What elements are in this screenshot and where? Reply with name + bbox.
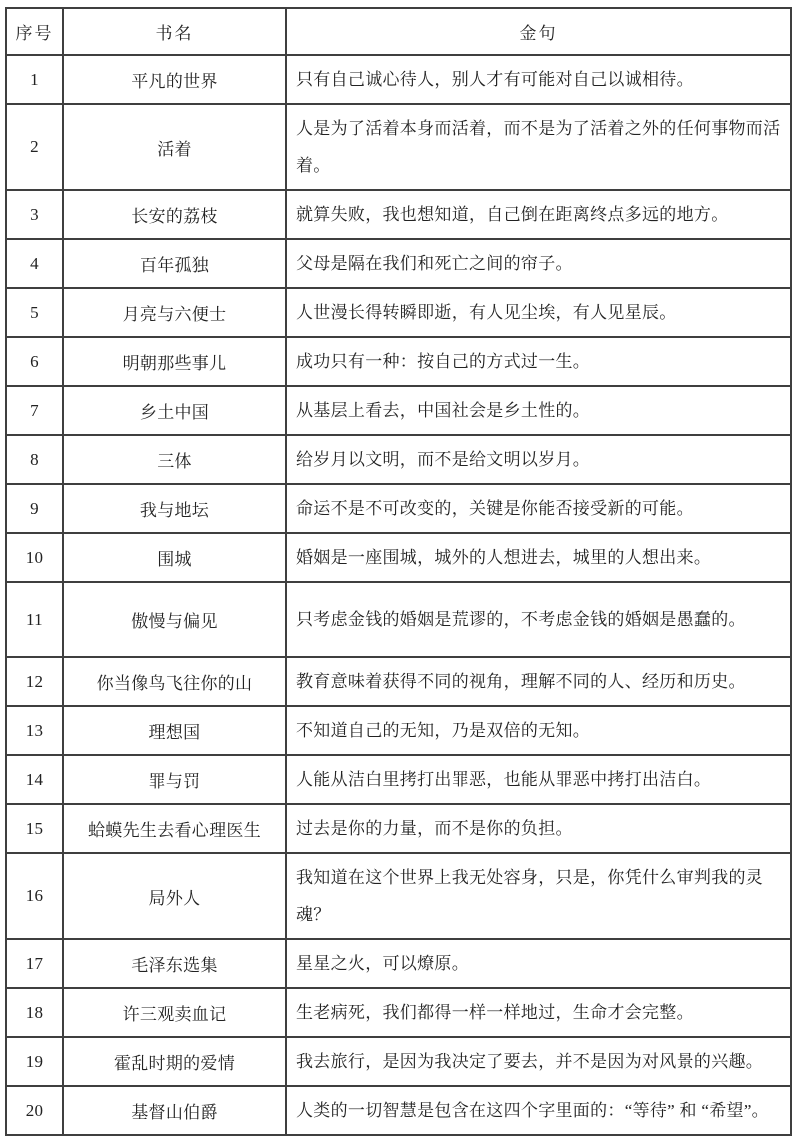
table-row: 17毛泽东选集星星之火，可以燎原。	[6, 939, 791, 988]
quote-cell: 只考虑金钱的婚姻是荒谬的，不考虑金钱的婚姻是愚蠢的。	[286, 582, 791, 657]
quote-cell: 只有自己诚心待人，别人才有可能对自己以诚相待。	[286, 55, 791, 104]
row-number-cell: 15	[6, 804, 63, 853]
row-number-cell: 12	[6, 657, 63, 706]
quote-cell: 婚姻是一座围城，城外的人想进去，城里的人想出来。	[286, 533, 791, 582]
table-row: 19霍乱时期的爱情我去旅行，是因为我决定了要去，并不是因为对风景的兴趣。	[6, 1037, 791, 1086]
row-number-cell: 17	[6, 939, 63, 988]
row-number-cell: 13	[6, 706, 63, 755]
row-number-cell: 6	[6, 337, 63, 386]
quote-cell: 人世漫长得转瞬即逝，有人见尘埃，有人见星辰。	[286, 288, 791, 337]
book-title-cell: 活着	[63, 104, 286, 190]
quote-cell: 给岁月以文明，而不是给文明以岁月。	[286, 435, 791, 484]
book-title-cell: 基督山伯爵	[63, 1086, 286, 1135]
table-row: 6明朝那些事儿成功只有一种：按自己的方式过一生。	[6, 337, 791, 386]
book-title-cell: 长安的荔枝	[63, 190, 286, 239]
table-row: 3长安的荔枝就算失败，我也想知道，自己倒在距离终点多远的地方。	[6, 190, 791, 239]
book-title-cell: 我与地坛	[63, 484, 286, 533]
quote-cell: 成功只有一种：按自己的方式过一生。	[286, 337, 791, 386]
row-number-cell: 16	[6, 853, 63, 939]
table-row: 14罪与罚人能从洁白里拷打出罪恶，也能从罪恶中拷打出洁白。	[6, 755, 791, 804]
header-cell-book-title: 书名	[63, 8, 286, 55]
quote-cell: 就算失败，我也想知道，自己倒在距离终点多远的地方。	[286, 190, 791, 239]
book-title-cell: 霍乱时期的爱情	[63, 1037, 286, 1086]
quote-cell: 人能从洁白里拷打出罪恶，也能从罪恶中拷打出洁白。	[286, 755, 791, 804]
row-number-cell: 20	[6, 1086, 63, 1135]
book-title-cell: 围城	[63, 533, 286, 582]
book-title-cell: 百年孤独	[63, 239, 286, 288]
row-number-cell: 19	[6, 1037, 63, 1086]
row-number-cell: 5	[6, 288, 63, 337]
book-title-cell: 明朝那些事儿	[63, 337, 286, 386]
table-row: 10围城婚姻是一座围城，城外的人想进去，城里的人想出来。	[6, 533, 791, 582]
quote-cell: 从基层上看去，中国社会是乡土性的。	[286, 386, 791, 435]
table-row: 11傲慢与偏见只考虑金钱的婚姻是荒谬的，不考虑金钱的婚姻是愚蠢的。	[6, 582, 791, 657]
document-page: 序号 书名 金句 1平凡的世界只有自己诚心待人，别人才有可能对自己以诚相待。2活…	[0, 0, 800, 1137]
book-title-cell: 蛤蟆先生去看心理医生	[63, 804, 286, 853]
quote-cell: 教育意味着获得不同的视角，理解不同的人、经历和历史。	[286, 657, 791, 706]
quote-cell: 过去是你的力量，而不是你的负担。	[286, 804, 791, 853]
book-title-cell: 平凡的世界	[63, 55, 286, 104]
quote-cell: 父母是隔在我们和死亡之间的帘子。	[286, 239, 791, 288]
quote-cell: 命运不是不可改变的，关键是你能否接受新的可能。	[286, 484, 791, 533]
row-number-cell: 2	[6, 104, 63, 190]
book-title-cell: 理想国	[63, 706, 286, 755]
table-row: 13理想国不知道自己的无知，乃是双倍的无知。	[6, 706, 791, 755]
book-title-cell: 三体	[63, 435, 286, 484]
book-title-cell: 月亮与六便士	[63, 288, 286, 337]
row-number-cell: 18	[6, 988, 63, 1037]
table-row: 15蛤蟆先生去看心理医生过去是你的力量，而不是你的负担。	[6, 804, 791, 853]
book-title-cell: 乡土中国	[63, 386, 286, 435]
row-number-cell: 9	[6, 484, 63, 533]
table-row: 2活着人是为了活着本身而活着，而不是为了活着之外的任何事物而活着。	[6, 104, 791, 190]
table-row: 9我与地坛命运不是不可改变的，关键是你能否接受新的可能。	[6, 484, 791, 533]
row-number-cell: 3	[6, 190, 63, 239]
row-number-cell: 8	[6, 435, 63, 484]
table-row: 12你当像鸟飞往你的山教育意味着获得不同的视角，理解不同的人、经历和历史。	[6, 657, 791, 706]
table-row: 18许三观卖血记生老病死，我们都得一样一样地过，生命才会完整。	[6, 988, 791, 1037]
quote-cell: 不知道自己的无知，乃是双倍的无知。	[286, 706, 791, 755]
header-row: 序号 书名 金句	[6, 8, 791, 55]
book-title-cell: 你当像鸟飞往你的山	[63, 657, 286, 706]
book-title-cell: 罪与罚	[63, 755, 286, 804]
book-title-cell: 局外人	[63, 853, 286, 939]
quote-cell: 人类的一切智慧是包含在这四个字里面的：“等待” 和 “希望”。	[286, 1086, 791, 1135]
table-header: 序号 书名 金句	[6, 8, 791, 55]
quote-cell: 星星之火，可以燎原。	[286, 939, 791, 988]
table-row: 4百年孤独父母是隔在我们和死亡之间的帘子。	[6, 239, 791, 288]
row-number-cell: 7	[6, 386, 63, 435]
header-cell-number: 序号	[6, 8, 63, 55]
row-number-cell: 10	[6, 533, 63, 582]
table-row: 8三体给岁月以文明，而不是给文明以岁月。	[6, 435, 791, 484]
quote-cell: 生老病死，我们都得一样一样地过，生命才会完整。	[286, 988, 791, 1037]
table-row: 7乡土中国从基层上看去，中国社会是乡土性的。	[6, 386, 791, 435]
row-number-cell: 11	[6, 582, 63, 657]
book-title-cell: 毛泽东选集	[63, 939, 286, 988]
table-row: 16局外人我知道在这个世界上我无处容身，只是，你凭什么审判我的灵魂？	[6, 853, 791, 939]
book-title-cell: 许三观卖血记	[63, 988, 286, 1037]
book-title-cell: 傲慢与偏见	[63, 582, 286, 657]
header-cell-quote: 金句	[286, 8, 791, 55]
row-number-cell: 14	[6, 755, 63, 804]
quote-cell: 我去旅行，是因为我决定了要去，并不是因为对风景的兴趣。	[286, 1037, 791, 1086]
book-quotes-table: 序号 书名 金句 1平凡的世界只有自己诚心待人，别人才有可能对自己以诚相待。2活…	[5, 7, 792, 1136]
quote-cell: 人是为了活着本身而活着，而不是为了活着之外的任何事物而活着。	[286, 104, 791, 190]
quote-cell: 我知道在这个世界上我无处容身，只是，你凭什么审判我的灵魂？	[286, 853, 791, 939]
row-number-cell: 4	[6, 239, 63, 288]
table-body: 1平凡的世界只有自己诚心待人，别人才有可能对自己以诚相待。2活着人是为了活着本身…	[6, 55, 791, 1135]
table-row: 5月亮与六便士人世漫长得转瞬即逝，有人见尘埃，有人见星辰。	[6, 288, 791, 337]
table-row: 1平凡的世界只有自己诚心待人，别人才有可能对自己以诚相待。	[6, 55, 791, 104]
table-row: 20基督山伯爵人类的一切智慧是包含在这四个字里面的：“等待” 和 “希望”。	[6, 1086, 791, 1135]
row-number-cell: 1	[6, 55, 63, 104]
